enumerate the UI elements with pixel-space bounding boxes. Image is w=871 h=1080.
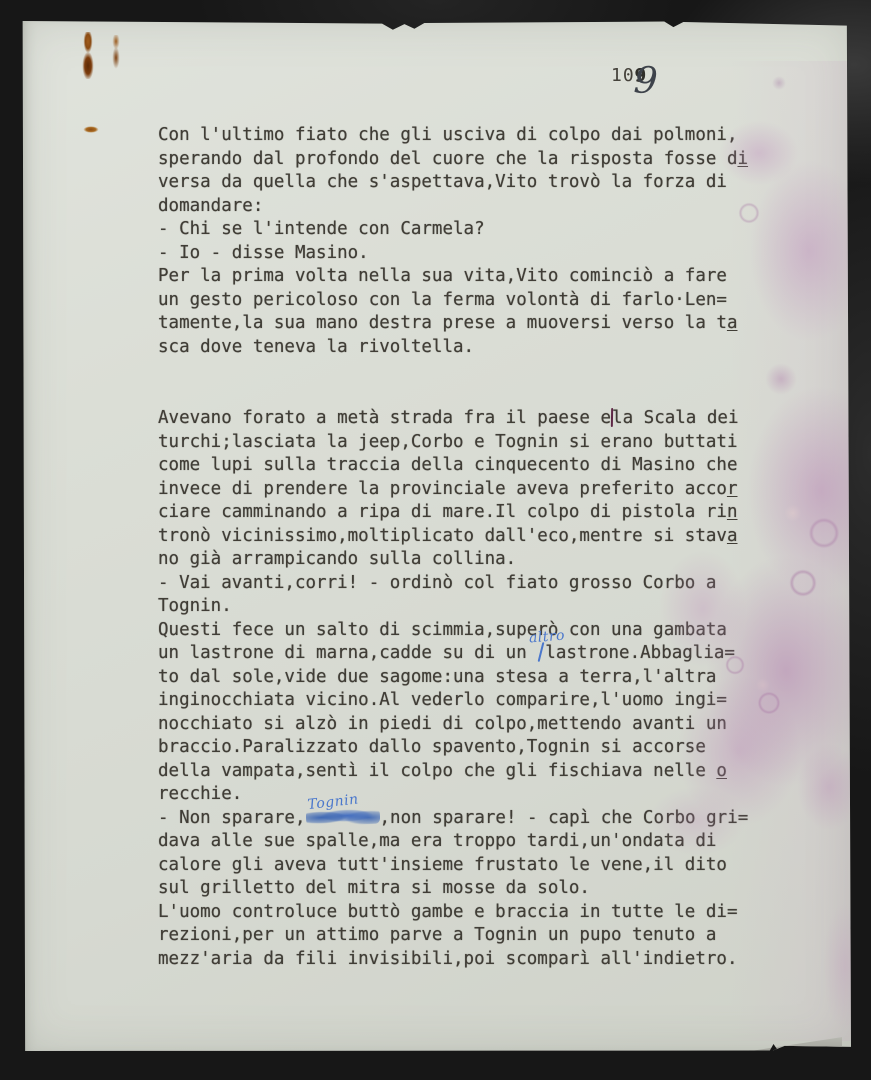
typed-line: sul grilletto del mitra si mosse da solo… — [158, 877, 748, 901]
underlined-char: a — [727, 526, 738, 546]
typed-text-run: invece di prendere la provinciale aveva … — [158, 479, 727, 499]
typed-text-run: Questi fece un salto di scimmia,superò c… — [158, 620, 727, 640]
typed-text-run: lastrone.Abbaglia= — [545, 643, 735, 663]
typed-line: - Non sparare,Tognin,non sparare! - capì… — [158, 807, 748, 831]
insertion-caret: altro — [537, 643, 545, 661]
typed-line: L'uomo controluce buttò gambe e braccia … — [158, 901, 748, 925]
typed-text-run: versa da quella che s'aspettava,Vito tro… — [158, 172, 727, 192]
typed-line: un gesto pericoloso con la ferma volontà… — [158, 289, 748, 313]
underlined-char: o — [716, 761, 727, 781]
typed-text-run: la Scala dei — [612, 408, 738, 428]
typed-text: Con l'ultimo fiato che gli usciva di col… — [21, 21, 851, 1051]
typed-text-run: un gesto pericoloso con la ferma volontà… — [158, 290, 727, 310]
ink-scribble: Tognin — [305, 808, 379, 826]
typed-line: come lupi sulla traccia della cinquecent… — [158, 454, 748, 478]
handwritten-annotation: altro — [528, 624, 566, 651]
typed-line: invece di prendere la provinciale aveva … — [158, 478, 748, 502]
typed-text-run: ,non sparare! - capì che Corbo gri= — [380, 808, 749, 828]
paper-sheet: 1099 Con l'ultimo fiato che gli usciva d… — [21, 21, 851, 1051]
typed-line: mezz'aria da fili invisibili,poi scompar… — [158, 948, 748, 972]
typed-line: tronò vicinissimo,moltiplicato dall'eco,… — [158, 525, 748, 549]
ink-stroke-mark — [611, 408, 613, 427]
typed-text-run: - Io - disse Masino. — [158, 243, 369, 263]
typed-text-run: come lupi sulla traccia della cinquecent… — [158, 455, 737, 475]
typed-text-run: domandare: — [158, 196, 263, 216]
typed-text-run: ciare camminando a ripa di mare.Il colpo… — [158, 502, 727, 522]
typed-text-run: no già arrampicando sulla collina. — [158, 549, 516, 569]
typed-line: Con l'ultimo fiato che gli usciva di col… — [158, 124, 748, 148]
typed-line: Per la prima volta nella sua vita,Vito c… — [158, 265, 748, 289]
typed-text-run: della vampata,sentì il colpo che gli fis… — [158, 761, 716, 781]
typed-text-run: turchi;lasciata la jeep,Corbo e Tognin s… — [158, 432, 737, 452]
handwritten-annotation: Tognin — [306, 788, 359, 817]
typed-line: della vampata,sentì il colpo che gli fis… — [158, 760, 748, 784]
typed-line: recchie. — [158, 783, 748, 807]
typed-paragraph: Con l'ultimo fiato che gli usciva di col… — [158, 124, 748, 359]
typed-text-run: tamente,la sua mano destra prese a muove… — [158, 313, 727, 333]
typed-text-run: tronò vicinissimo,moltiplicato dall'eco,… — [158, 526, 727, 546]
typed-line: - Chi se l'intende con Carmela? — [158, 218, 748, 242]
typed-text-run: to dal sole,vide due sagome:una stesa a … — [158, 667, 716, 687]
typed-line: tamente,la sua mano destra prese a muove… — [158, 312, 748, 336]
typed-text-run: sperando dal profondo del cuore che la r… — [158, 149, 737, 169]
typed-text-run: Per la prima volta nella sua vita,Vito c… — [158, 266, 727, 286]
typed-line: Tognin. — [158, 595, 748, 619]
underlined-char: r — [727, 479, 738, 499]
typed-text-run: - Chi se l'intende con Carmela? — [158, 219, 485, 239]
underlined-char: a — [727, 313, 738, 333]
typed-line: - Io - disse Masino. — [158, 242, 748, 266]
typed-text-run: L'uomo controluce buttò gambe e braccia … — [158, 902, 737, 922]
scan-background: { "scan": { "page_number": { "typed": "1… — [0, 0, 871, 1080]
typed-text-run: braccio.Paralizzato dallo spavento,Togni… — [158, 737, 706, 757]
typed-line: rezioni,per un attimo parve a Tognin un … — [158, 924, 748, 948]
typed-text-run: Con l'ultimo fiato che gli usciva di col… — [158, 125, 737, 145]
typed-text-run: dava alle sue spalle,ma era troppo tardi… — [158, 831, 716, 851]
typed-text-run: rezioni,per un attimo parve a Tognin un … — [158, 925, 716, 945]
typed-paragraph: Avevano forato a metà strada fra il paes… — [158, 407, 748, 971]
typed-line: sperando dal profondo del cuore che la r… — [158, 148, 748, 172]
typed-line: - Vai avanti,corri! - ordinò col fiato g… — [158, 572, 748, 596]
typed-line: domandare: — [158, 195, 748, 219]
typed-text-run: nocchiato si alzò in piedi di colpo,mett… — [158, 714, 727, 734]
typed-text-run: Avevano forato a metà strada fra il paes… — [158, 408, 611, 428]
typed-text-run: recchie. — [158, 784, 242, 804]
typed-line: to dal sole,vide due sagome:una stesa a … — [158, 666, 748, 690]
typed-line: ciare camminando a ripa di mare.Il colpo… — [158, 501, 748, 525]
typed-line: un lastrone di marna,cadde su di un altr… — [158, 642, 748, 666]
typed-text-run: inginocchiata vicino.Al vederlo comparir… — [158, 690, 727, 710]
typed-text-run: - Non sparare, — [158, 808, 306, 828]
typed-text-run: calore gli aveva tutt'insieme frustato l… — [158, 855, 727, 875]
typed-line: versa da quella che s'aspettava,Vito tro… — [158, 171, 748, 195]
typed-text-run: un lastrone di marna,cadde su di un — [158, 643, 537, 663]
typed-line: Avevano forato a metà strada fra il paes… — [158, 407, 748, 431]
underlined-char: i — [737, 149, 748, 169]
typed-line: turchi;lasciata la jeep,Corbo e Tognin s… — [158, 431, 748, 455]
typed-line: sca dove teneva la rivoltella. — [158, 336, 748, 360]
typed-text-run: sul grilletto del mitra si mosse da solo… — [158, 878, 590, 898]
underlined-char: n — [727, 502, 738, 522]
typed-line: inginocchiata vicino.Al vederlo comparir… — [158, 689, 748, 713]
typed-text-run: sca dove teneva la rivoltella. — [158, 337, 474, 357]
typed-line: nocchiato si alzò in piedi di colpo,mett… — [158, 713, 748, 737]
typed-text-run: mezz'aria da fili invisibili,poi scompar… — [158, 949, 737, 969]
typed-line: braccio.Paralizzato dallo spavento,Togni… — [158, 736, 748, 760]
typed-text-run: - Vai avanti,corri! - ordinò col fiato g… — [158, 573, 716, 593]
typed-text-run: Tognin. — [158, 596, 232, 616]
typed-line: Questi fece un salto di scimmia,superò c… — [158, 619, 748, 643]
typed-line: calore gli aveva tutt'insieme frustato l… — [158, 854, 748, 878]
typed-line: dava alle sue spalle,ma era troppo tardi… — [158, 830, 748, 854]
typed-line: no già arrampicando sulla collina. — [158, 548, 748, 572]
